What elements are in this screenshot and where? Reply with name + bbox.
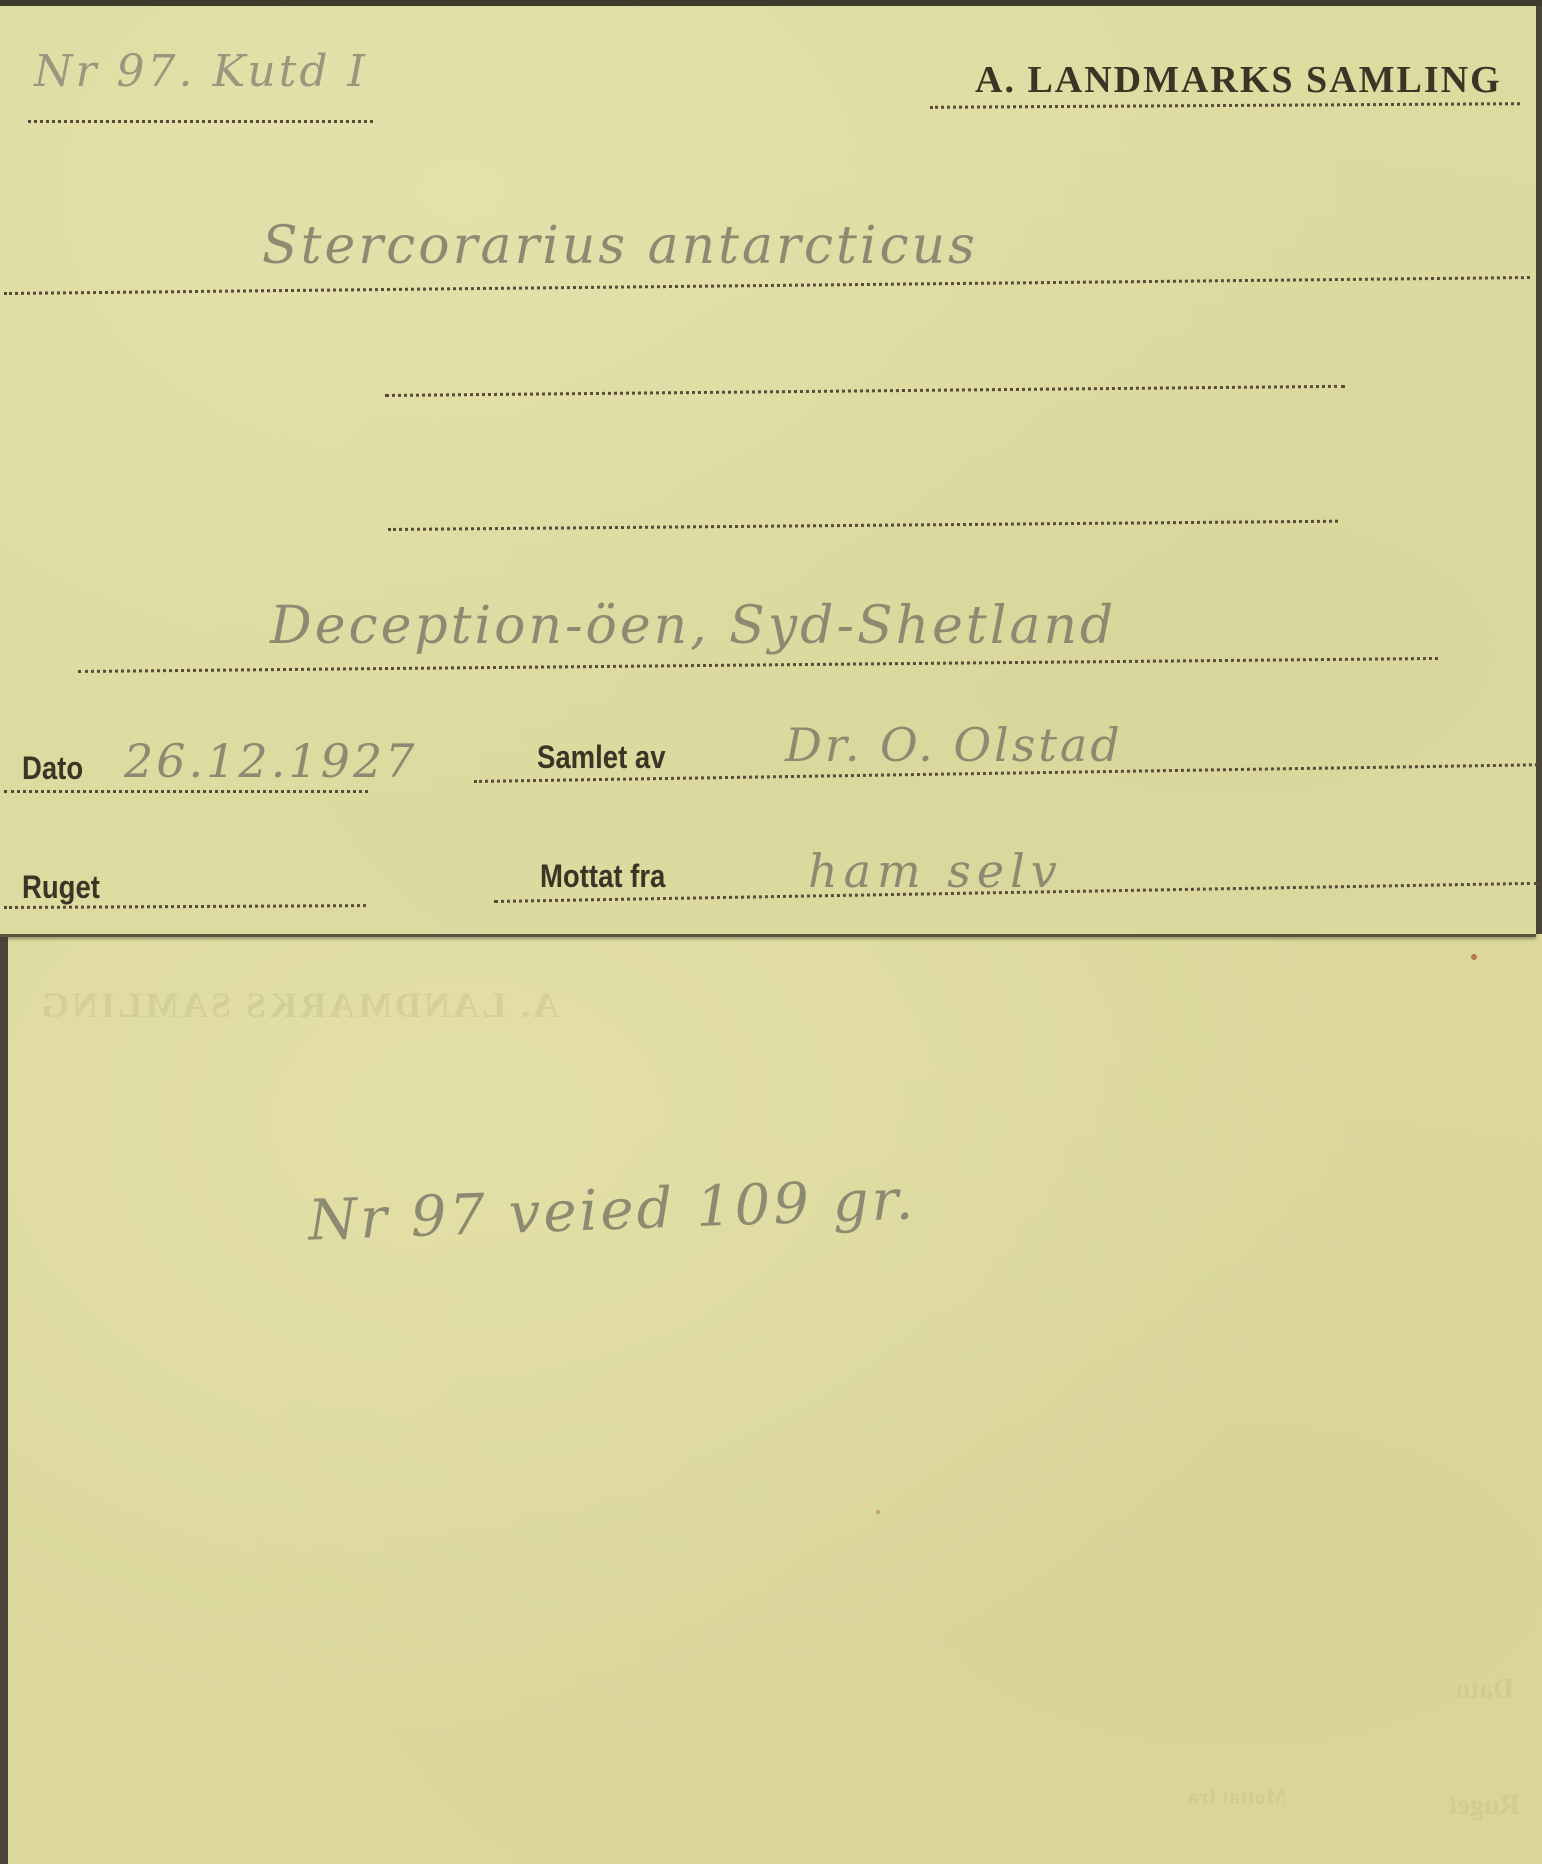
paper-stain [1471, 954, 1477, 960]
blank-line-1 [385, 385, 1345, 397]
specimen-card-back: A. LANDMARKS SAMLING Dato Ruget Mottat f… [8, 934, 1542, 1864]
dato-label: Dato [22, 750, 83, 787]
ruget-line [4, 904, 366, 909]
species-name-handwritten: Stercorarius antarcticus [262, 216, 978, 276]
blank-line-2 [388, 520, 1338, 531]
dato-value-handwritten: 26.12.1927 [124, 734, 417, 788]
weight-note-handwritten: Nr 97 veied 109 gr. [307, 1167, 917, 1253]
ruget-label: Ruget [22, 869, 100, 906]
bleed-through-title: A. LANDMARKS SAMLING [38, 984, 559, 1026]
paper-stain-small [876, 1510, 880, 1514]
bleed-through-label-dato: Dato [1456, 1674, 1514, 1706]
collection-title: A. LANDMARKS SAMLING [975, 58, 1502, 102]
collection-title-line [930, 102, 1520, 109]
mottat-fra-label: Mottat fra [540, 858, 665, 895]
bleed-through-label-ruget: Ruget [1448, 1790, 1520, 1822]
catalog-entry-handwritten: Nr 97. Kutd I [34, 46, 368, 97]
locality-handwritten: Deception-öen, Syd-Shetland [270, 596, 1116, 656]
samlet-av-value-handwritten: Dr. O. Olstad [785, 718, 1123, 772]
dato-line [4, 790, 368, 793]
scanned-document: Nr 97. Kutd I A. LANDMARKS SAMLING Sterc… [0, 0, 1542, 1864]
catalog-entry-line [28, 120, 373, 123]
specimen-card-front: Nr 97. Kutd I A. LANDMARKS SAMLING Sterc… [0, 6, 1536, 937]
samlet-av-label: Samlet av [537, 739, 666, 776]
species-line [4, 276, 1530, 295]
locality-line [78, 657, 1438, 673]
bleed-through-label-mottat: Mottat fra [1188, 1784, 1286, 1810]
